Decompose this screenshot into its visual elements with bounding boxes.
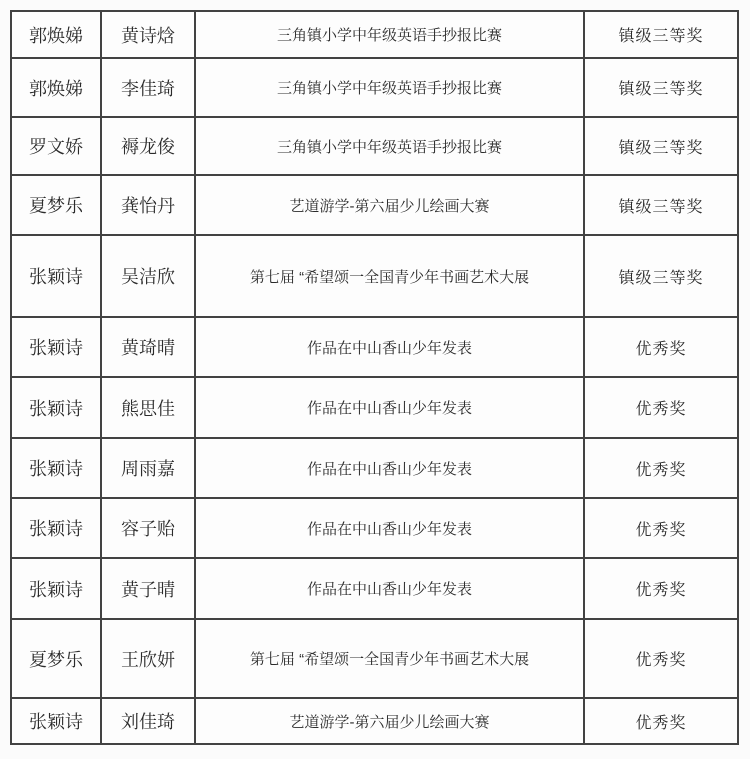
- award-cell: 镇级三等奖: [584, 58, 738, 117]
- student-cell: 褥龙俊: [101, 117, 195, 175]
- teacher-cell: 郭焕娣: [11, 11, 101, 58]
- teacher-cell: 夏梦乐: [11, 175, 101, 235]
- competition-cell: 三角镇小学中年级英语手抄报比赛: [195, 117, 584, 175]
- table-row: 张颖诗 吴洁欣 第七届 “希望颂一全国青少年书画艺术大展 镇级三等奖: [11, 235, 738, 317]
- student-cell: 龚怡丹: [101, 175, 195, 235]
- student-cell: 黄诗焓: [101, 11, 195, 58]
- competition-cell: 作品在中山香山少年发表: [195, 498, 584, 558]
- awards-table: 郭焕娣 黄诗焓 三角镇小学中年级英语手抄报比赛 镇级三等奖 郭焕娣 李佳琦 三角…: [10, 10, 739, 745]
- award-cell: 优秀奖: [584, 438, 738, 498]
- competition-cell: 作品在中山香山少年发表: [195, 438, 584, 498]
- award-cell: 优秀奖: [584, 317, 738, 377]
- award-cell: 优秀奖: [584, 619, 738, 698]
- teacher-cell: 张颖诗: [11, 498, 101, 558]
- competition-cell: 第七届 “希望颂一全国青少年书画艺术大展: [195, 235, 584, 317]
- teacher-cell: 罗文娇: [11, 117, 101, 175]
- teacher-cell: 张颖诗: [11, 438, 101, 498]
- student-cell: 熊思佳: [101, 377, 195, 438]
- award-cell: 优秀奖: [584, 377, 738, 438]
- table-row: 罗文娇 褥龙俊 三角镇小学中年级英语手抄报比赛 镇级三等奖: [11, 117, 738, 175]
- student-cell: 周雨嘉: [101, 438, 195, 498]
- table-row: 张颖诗 容子贻 作品在中山香山少年发表 优秀奖: [11, 498, 738, 558]
- student-cell: 黄琦晴: [101, 317, 195, 377]
- award-cell: 镇级三等奖: [584, 117, 738, 175]
- table-row: 郭焕娣 黄诗焓 三角镇小学中年级英语手抄报比赛 镇级三等奖: [11, 11, 738, 58]
- teacher-cell: 张颖诗: [11, 698, 101, 744]
- award-cell: 优秀奖: [584, 498, 738, 558]
- teacher-cell: 郭焕娣: [11, 58, 101, 117]
- teacher-cell: 张颖诗: [11, 377, 101, 438]
- table-row: 张颖诗 黄子晴 作品在中山香山少年发表 优秀奖: [11, 558, 738, 619]
- competition-cell: 三角镇小学中年级英语手抄报比赛: [195, 11, 584, 58]
- competition-cell: 作品在中山香山少年发表: [195, 377, 584, 438]
- competition-cell: 第七届 “希望颂一全国青少年书画艺术大展: [195, 619, 584, 698]
- table-row: 郭焕娣 李佳琦 三角镇小学中年级英语手抄报比赛 镇级三等奖: [11, 58, 738, 117]
- award-cell: 镇级三等奖: [584, 175, 738, 235]
- table-row: 张颖诗 黄琦晴 作品在中山香山少年发表 优秀奖: [11, 317, 738, 377]
- teacher-cell: 张颖诗: [11, 317, 101, 377]
- competition-cell: 作品在中山香山少年发表: [195, 317, 584, 377]
- teacher-cell: 夏梦乐: [11, 619, 101, 698]
- table-row: 张颖诗 周雨嘉 作品在中山香山少年发表 优秀奖: [11, 438, 738, 498]
- table-row: 夏梦乐 龚怡丹 艺道游学-第六届少儿绘画大赛 镇级三等奖: [11, 175, 738, 235]
- student-cell: 黄子晴: [101, 558, 195, 619]
- award-cell: 优秀奖: [584, 558, 738, 619]
- student-cell: 王欣妍: [101, 619, 195, 698]
- competition-cell: 艺道游学-第六届少儿绘画大赛: [195, 175, 584, 235]
- table-row: 张颖诗 刘佳琦 艺道游学-第六届少儿绘画大赛 优秀奖: [11, 698, 738, 744]
- student-cell: 李佳琦: [101, 58, 195, 117]
- competition-cell: 艺道游学-第六届少儿绘画大赛: [195, 698, 584, 744]
- competition-cell: 作品在中山香山少年发表: [195, 558, 584, 619]
- competition-cell: 三角镇小学中年级英语手抄报比赛: [195, 58, 584, 117]
- table-row: 张颖诗 熊思佳 作品在中山香山少年发表 优秀奖: [11, 377, 738, 438]
- student-cell: 吴洁欣: [101, 235, 195, 317]
- student-cell: 容子贻: [101, 498, 195, 558]
- award-cell: 镇级三等奖: [584, 235, 738, 317]
- student-cell: 刘佳琦: [101, 698, 195, 744]
- teacher-cell: 张颖诗: [11, 558, 101, 619]
- award-cell: 镇级三等奖: [584, 11, 738, 58]
- award-cell: 优秀奖: [584, 698, 738, 744]
- teacher-cell: 张颖诗: [11, 235, 101, 317]
- table-row: 夏梦乐 王欣妍 第七届 “希望颂一全国青少年书画艺术大展 优秀奖: [11, 619, 738, 698]
